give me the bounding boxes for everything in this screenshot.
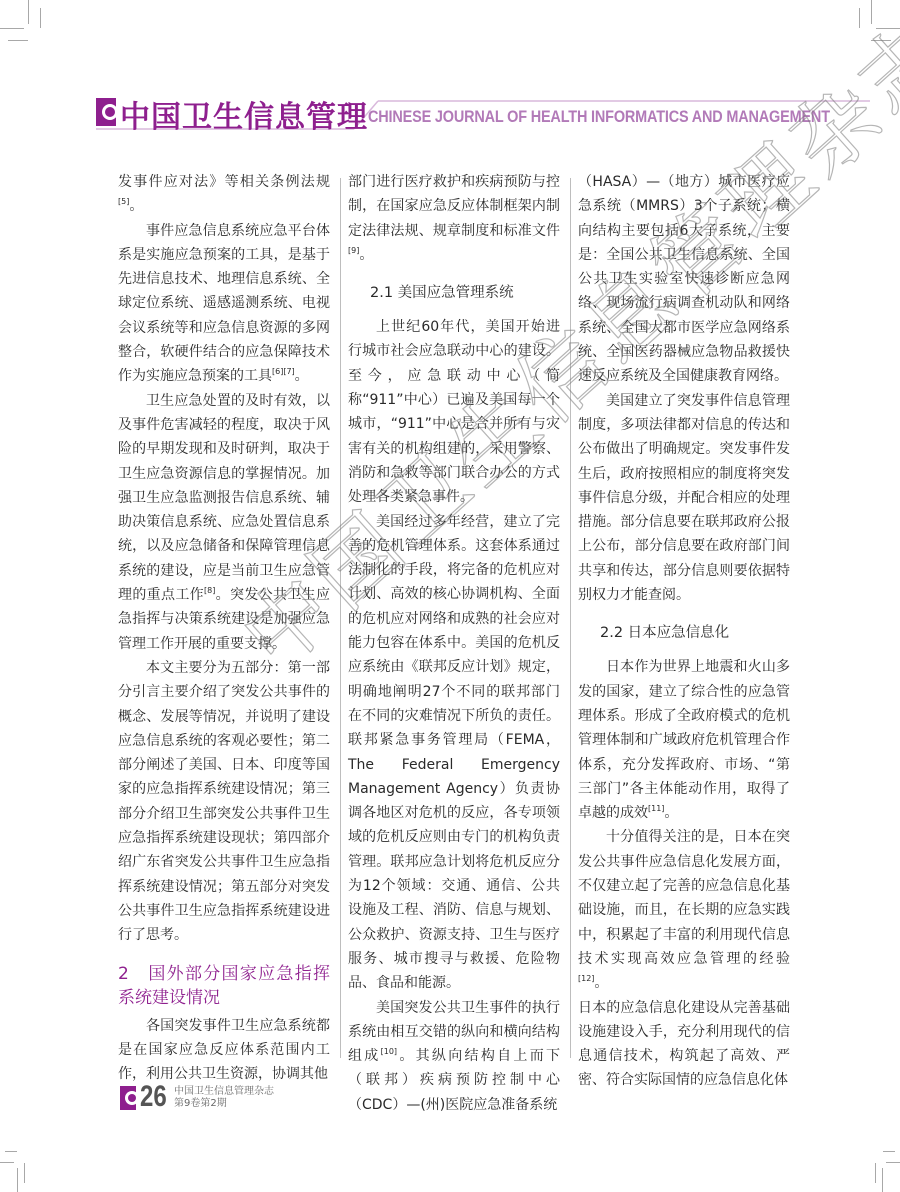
paragraph: 美国经过多年经营，建立了完善的危机管理体系。这套体系通过法制化的手段，将完备的危… bbox=[348, 510, 560, 996]
citation[interactable]: [10] bbox=[381, 1047, 397, 1056]
section-heading-2-2: 2.2 日本应急信息化 bbox=[578, 621, 790, 645]
footer-journal-name: 中国卫生信息管理杂志 bbox=[174, 1086, 274, 1098]
crop-mark bbox=[5, 1151, 17, 1152]
journal-title-cn: 中国卫生信息管理 bbox=[120, 92, 368, 136]
crop-mark bbox=[886, 1162, 900, 1163]
paragraph: 各国突发事件卫生应急系统都是在国家应急反应体系范围内工作，利用公共卫生资源，协调… bbox=[118, 1014, 330, 1087]
footer-issue: 第9卷第2期 bbox=[174, 1098, 274, 1110]
paragraph: 发事件应对法》等相关条例法规[5]。 bbox=[118, 170, 330, 219]
citation[interactable]: [6][7] bbox=[272, 367, 295, 376]
paragraph: 部门进行医疗救护和疾病预防与控制，在国家应急反应体制框架内制定法律法规、规章制度… bbox=[348, 170, 560, 267]
crop-mark bbox=[882, 1168, 883, 1192]
citation[interactable]: [9] bbox=[348, 246, 359, 255]
header-rule-lines bbox=[0, 0, 900, 160]
footer-info: 中国卫生信息管理杂志 第9卷第2期 bbox=[174, 1086, 274, 1110]
crop-mark bbox=[24, 1163, 25, 1183]
text-column-1: 发事件应对法》等相关条例法规[5]。 事件应急信息系统应急平台体系是实施应急预案… bbox=[118, 170, 330, 1086]
crop-mark bbox=[0, 1162, 14, 1163]
citation[interactable]: [8] bbox=[204, 586, 215, 595]
journal-logo-icon bbox=[120, 1086, 136, 1110]
paragraph: 本文主要分为五部分：第一部分引言主要介绍了突发公共事件的概念、发展等情况，并说明… bbox=[118, 656, 330, 948]
column-divider bbox=[570, 178, 571, 1058]
paragraph: 日本的应急信息化建设从完善基础设施建设入手，充分利用现代的信息通信技术，构筑起了… bbox=[578, 996, 790, 1093]
paragraph: 上世纪60年代，美国开始进行城市社会应急联动中心的建设。至今，应急联动中心（简称… bbox=[348, 315, 560, 509]
crop-mark bbox=[875, 1163, 876, 1183]
column-divider bbox=[340, 178, 341, 1058]
journal-logo-icon bbox=[96, 98, 116, 126]
paragraph: 日本作为世界上地震和火山多发的国家，建立了综合性的应急管理体系。形成了全政府模式… bbox=[578, 655, 790, 825]
paragraph: 卫生应急处置的及时有效，以及事件危害减轻的程度，取决于风险的早期发现和及时研判，… bbox=[118, 389, 330, 656]
citation[interactable]: [11] bbox=[648, 804, 664, 813]
section-heading-2-1: 2.1 美国应急管理系统 bbox=[348, 281, 560, 305]
paragraph: 十分值得关注的是，日本在突发公共事件应急信息化发展方面，不仅建立起了完善的应急信… bbox=[578, 825, 790, 995]
paragraph: 美国建立了突发事件信息管理制度，多项法律都对信息的传达和公布做出了明确规定。突发… bbox=[578, 389, 790, 608]
text-column-2: 部门进行医疗救护和疾病预防与控制，在国家应急反应体制框架内制定法律法规、规章制度… bbox=[348, 170, 560, 1117]
citation[interactable]: [12] bbox=[578, 974, 594, 983]
page-number: 26 bbox=[140, 1080, 167, 1114]
crop-mark bbox=[883, 1151, 895, 1152]
paragraph: 事件应急信息系统应急平台体系是实施应急预案的工具，是基于先进信息技术、地理信息系… bbox=[118, 219, 330, 389]
paragraph: 美国突发公共卫生事件的执行系统由相互交错的纵向和横向结构组成[10]。其纵向结构… bbox=[348, 996, 560, 1117]
crop-mark bbox=[17, 1168, 18, 1192]
journal-header: 中国卫生信息管理 CHINESE JOURNAL OF HEALTH INFOR… bbox=[0, 0, 900, 160]
journal-title-en: CHINESE JOURNAL OF HEALTH INFORMATICS AN… bbox=[368, 107, 830, 127]
section-heading-2: 2 国外部分国家应急指挥系统建设情况 bbox=[118, 962, 330, 1010]
text-column-3: （HASA）—（地方）城市医疗应急系统（MMRS）3个子系统；横向结构主要包括6… bbox=[578, 170, 790, 1093]
citation[interactable]: [5] bbox=[118, 197, 129, 206]
paragraph: （HASA）—（地方）城市医疗应急系统（MMRS）3个子系统；横向结构主要包括6… bbox=[578, 170, 790, 389]
